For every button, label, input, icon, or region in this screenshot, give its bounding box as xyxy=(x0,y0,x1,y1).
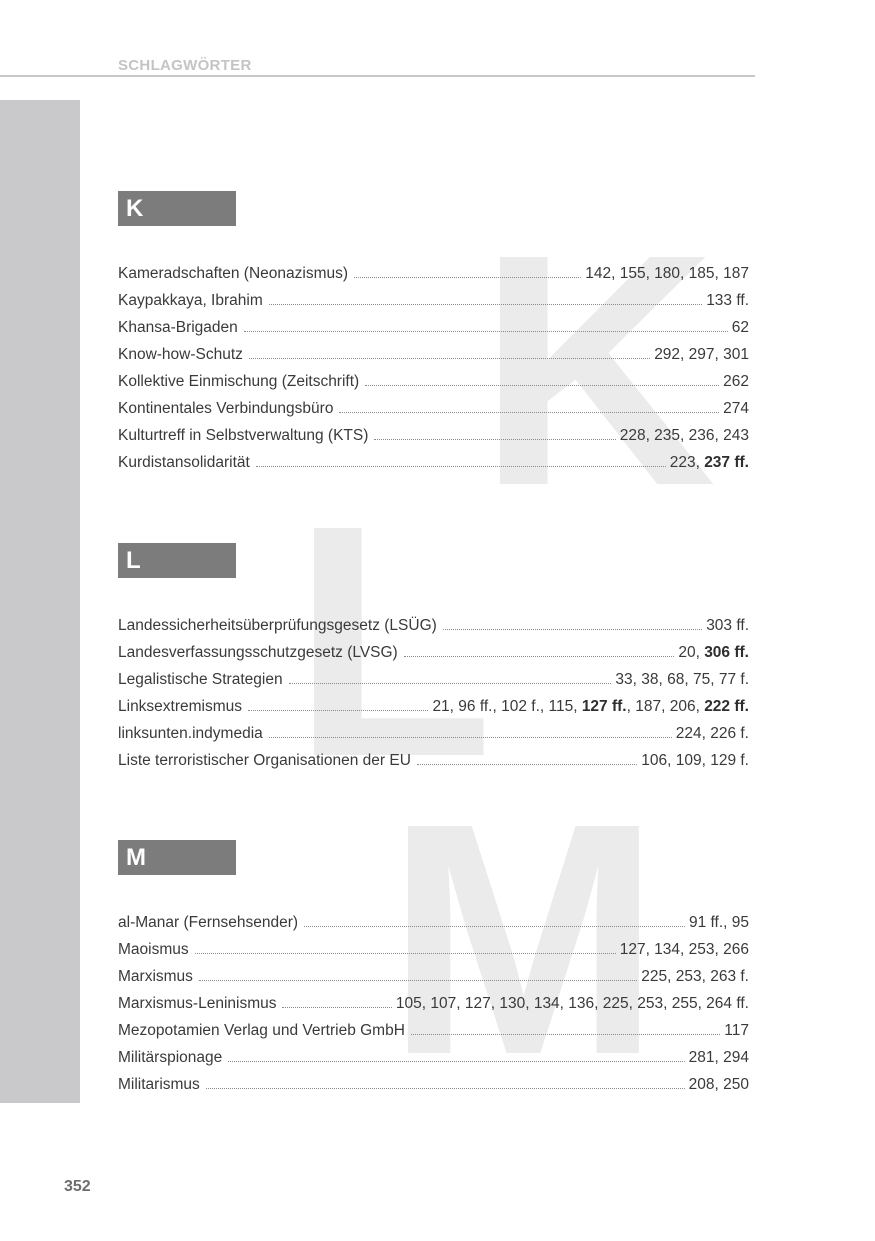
index-entry: Kollektive Einmischung (Zeitschrift)262 xyxy=(118,368,749,395)
index-entry: Kurdistansolidarität223, 237 ff. xyxy=(118,449,749,476)
entry-term: Liste terroristischer Organisationen der… xyxy=(118,747,417,774)
index-entry: Militarismus208, 250 xyxy=(118,1071,749,1098)
entry-pages: 105, 107, 127, 130, 134, 136, 225, 253, … xyxy=(392,990,749,1017)
section-badge-k: K xyxy=(118,191,236,226)
dot-leader xyxy=(282,1007,391,1008)
entry-term: Landessicherheitsüberprüfungsgesetz (LSÜ… xyxy=(118,612,443,639)
page-ref-main: 306 ff. xyxy=(704,644,749,661)
index-entry: al-Manar (Fernsehsender)91 ff., 95 xyxy=(118,909,749,936)
index-entry: Know-how-Schutz292, 297, 301 xyxy=(118,341,749,368)
dot-leader xyxy=(206,1088,685,1089)
entry-term: Landesverfassungsschutzgesetz (LVSG) xyxy=(118,639,404,666)
entry-pages: 281, 294 xyxy=(685,1044,749,1071)
entry-term: al-Manar (Fernsehsender) xyxy=(118,909,304,936)
entry-pages: 117 xyxy=(720,1017,749,1044)
page-ref: 142, 155, 180, 185, 187 xyxy=(585,265,749,282)
index-entry: Marxismus-Leninismus105, 107, 127, 130, … xyxy=(118,990,749,1017)
index-entry: Linksextremismus21, 96 ff., 102 f., 115,… xyxy=(118,693,749,720)
page-ref: 281, 294 xyxy=(689,1049,749,1066)
entry-pages: 224, 226 f. xyxy=(672,720,749,747)
index-entry: Legalistische Strategien33, 38, 68, 75, … xyxy=(118,666,749,693)
page-ref: 21, 96 ff., 102 f., 115, xyxy=(432,698,581,715)
entry-term: Kaypakkaya, Ibrahim xyxy=(118,287,269,314)
running-head-title: SCHLAGWÖRTER xyxy=(118,57,252,74)
dot-leader xyxy=(249,358,650,359)
entry-pages: 142, 155, 180, 185, 187 xyxy=(581,260,749,287)
index-entry: Kameradschaften (Neonazismus)142, 155, 1… xyxy=(118,260,749,287)
page-ref: 303 ff. xyxy=(706,617,749,634)
dot-leader xyxy=(269,304,702,305)
entry-term: Legalistische Strategien xyxy=(118,666,289,693)
entry-term: Know-how-Schutz xyxy=(118,341,249,368)
page-ref-main: 237 ff. xyxy=(704,454,749,471)
section-badge-m: M xyxy=(118,840,236,875)
dot-leader xyxy=(304,926,685,927)
index-entry: Marxismus225, 253, 263 f. xyxy=(118,963,749,990)
entry-pages: 127, 134, 253, 266 xyxy=(616,936,749,963)
index-list-m: al-Manar (Fernsehsender)91 ff., 95Maoism… xyxy=(118,909,749,1098)
header-rule xyxy=(0,75,755,77)
entry-term: Kameradschaften (Neonazismus) xyxy=(118,260,354,287)
entry-pages: 33, 38, 68, 75, 77 f. xyxy=(611,666,749,693)
index-entry: Liste terroristischer Organisationen der… xyxy=(118,747,749,774)
entry-term: Marxismus xyxy=(118,963,199,990)
dot-leader xyxy=(289,683,612,684)
dot-leader xyxy=(244,331,728,332)
page-ref: 127, 134, 253, 266 xyxy=(620,941,749,958)
dot-leader xyxy=(365,385,719,386)
entry-term: Militarismus xyxy=(118,1071,206,1098)
entry-pages: 225, 253, 263 f. xyxy=(637,963,749,990)
index-list-k: Kameradschaften (Neonazismus)142, 155, 1… xyxy=(118,260,749,476)
entry-pages: 262 xyxy=(719,368,749,395)
page-ref-main: 127 ff. xyxy=(582,698,627,715)
dot-leader xyxy=(199,980,637,981)
page-ref: 20, xyxy=(678,644,704,661)
page-ref-main: 222 ff. xyxy=(704,698,749,715)
entry-term: Linksextremismus xyxy=(118,693,248,720)
entry-term: Mezopotamien Verlag und Vertrieb GmbH xyxy=(118,1017,411,1044)
page-ref: 224, 226 f. xyxy=(676,725,749,742)
entry-term: Kulturtreff in Selbstverwaltung (KTS) xyxy=(118,422,374,449)
entry-term: Maoismus xyxy=(118,936,195,963)
page-ref: 228, 235, 236, 243 xyxy=(620,427,749,444)
page-ref: 274 xyxy=(723,400,749,417)
dot-leader xyxy=(404,656,675,657)
dot-leader xyxy=(195,953,616,954)
page-ref: 225, 253, 263 f. xyxy=(641,968,749,985)
dot-leader xyxy=(339,412,719,413)
entry-pages: 133 ff. xyxy=(702,287,749,314)
index-entry: Mezopotamien Verlag und Vertrieb GmbH117 xyxy=(118,1017,749,1044)
entry-term: linksunten.indymedia xyxy=(118,720,269,747)
entry-term: Kontinentales Verbindungsbüro xyxy=(118,395,339,422)
page-number: 352 xyxy=(64,1178,91,1196)
dot-leader xyxy=(256,466,666,467)
dot-leader xyxy=(354,277,581,278)
page-ref: 223, xyxy=(670,454,704,471)
dot-leader xyxy=(248,710,428,711)
entry-term: Militärspionage xyxy=(118,1044,228,1071)
entry-pages: 62 xyxy=(728,314,749,341)
entry-pages: 274 xyxy=(719,395,749,422)
index-entry: Kaypakkaya, Ibrahim133 ff. xyxy=(118,287,749,314)
page-ref: , 187, 206, xyxy=(627,698,705,715)
dot-leader xyxy=(443,629,702,630)
page-ref: 262 xyxy=(723,373,749,390)
page-ref: 133 ff. xyxy=(706,292,749,309)
page-ref: 208, 250 xyxy=(689,1076,749,1093)
page-ref: 106, 109, 129 f. xyxy=(641,752,749,769)
side-margin-bar xyxy=(0,100,80,1103)
page-ref: 117 xyxy=(724,1022,749,1039)
entry-pages: 228, 235, 236, 243 xyxy=(616,422,749,449)
index-entry: Khansa-Brigaden62 xyxy=(118,314,749,341)
section-badge-l: L xyxy=(118,543,236,578)
entry-pages: 91 ff., 95 xyxy=(685,909,749,936)
index-entry: Kontinentales Verbindungsbüro274 xyxy=(118,395,749,422)
index-entry: Maoismus127, 134, 253, 266 xyxy=(118,936,749,963)
entry-term: Khansa-Brigaden xyxy=(118,314,244,341)
entry-pages: 208, 250 xyxy=(685,1071,749,1098)
entry-pages: 292, 297, 301 xyxy=(650,341,749,368)
page-ref: 292, 297, 301 xyxy=(654,346,749,363)
dot-leader xyxy=(374,439,615,440)
entry-pages: 21, 96 ff., 102 f., 115, 127 ff., 187, 2… xyxy=(428,693,749,720)
entry-pages: 303 ff. xyxy=(702,612,749,639)
entry-term: Kurdistansolidarität xyxy=(118,449,256,476)
entry-term: Marxismus-Leninismus xyxy=(118,990,282,1017)
index-entry: Kulturtreff in Selbstverwaltung (KTS)228… xyxy=(118,422,749,449)
dot-leader xyxy=(417,764,637,765)
index-entry: linksunten.indymedia224, 226 f. xyxy=(118,720,749,747)
entry-term: Kollektive Einmischung (Zeitschrift) xyxy=(118,368,365,395)
page-ref: 91 ff., 95 xyxy=(689,914,749,931)
page-ref: 62 xyxy=(732,319,749,336)
page-ref: 105, 107, 127, 130, 134, 136, 225, 253, … xyxy=(396,995,749,1012)
index-list-l: Landessicherheitsüberprüfungsgesetz (LSÜ… xyxy=(118,612,749,774)
entry-pages: 20, 306 ff. xyxy=(674,639,749,666)
index-entry: Landesverfassungsschutzgesetz (LVSG)20, … xyxy=(118,639,749,666)
dot-leader xyxy=(269,737,672,738)
dot-leader xyxy=(228,1061,684,1062)
index-entry: Landessicherheitsüberprüfungsgesetz (LSÜ… xyxy=(118,612,749,639)
index-entry: Militärspionage281, 294 xyxy=(118,1044,749,1071)
entry-pages: 223, 237 ff. xyxy=(666,449,749,476)
dot-leader xyxy=(411,1034,720,1035)
page-ref: 33, 38, 68, 75, 77 f. xyxy=(615,671,749,688)
entry-pages: 106, 109, 129 f. xyxy=(637,747,749,774)
